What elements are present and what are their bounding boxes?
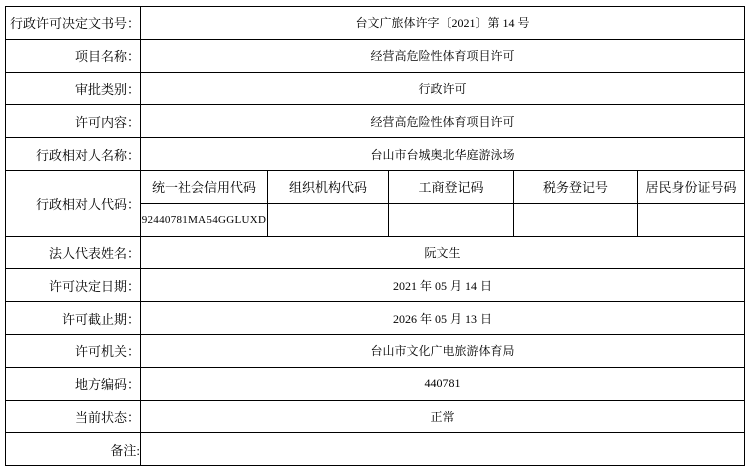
row-legal-representative: 法人代表姓名： 阮文生: [6, 236, 745, 269]
id-number-value: [638, 203, 745, 236]
row-local-code: 地方编码： 440781: [6, 367, 745, 400]
org-code-header: 组织机构代码: [268, 170, 389, 203]
credit-code-header: 统一社会信用代码: [141, 170, 268, 203]
current-status-value: 正常: [141, 400, 745, 433]
credit-code-value: 92440781MA54GGLUXD: [141, 203, 268, 236]
row-decision-date: 许可决定日期： 2021 年 05 月 14 日: [6, 269, 745, 302]
row-approval-category: 审批类别： 行政许可: [6, 72, 745, 105]
license-content-value: 经营高危险性体育项目许可: [141, 105, 745, 138]
current-status-label: 当前状态：: [6, 400, 141, 433]
id-number-header: 居民身份证号码: [638, 170, 745, 203]
licensing-authority-value: 台山市文化广电旅游体育局: [141, 334, 745, 367]
document-number-value: 台文广旅体许字〔2021〕第 14 号: [141, 7, 745, 40]
counterpart-name-label: 行政相对人名称：: [6, 138, 141, 171]
document-number-label: 行政许可决定文书号：: [6, 7, 141, 40]
decision-date-label: 许可决定日期：: [6, 269, 141, 302]
row-current-status: 当前状态： 正常: [6, 400, 745, 433]
local-code-label: 地方编码：: [6, 367, 141, 400]
approval-category-label: 审批类别：: [6, 72, 141, 105]
row-counterpart-name: 行政相对人名称： 台山市台城奥北华庭游泳场: [6, 138, 745, 171]
remarks-label: 备注:: [6, 433, 141, 466]
project-name-label: 项目名称：: [6, 39, 141, 72]
tax-reg-value: [514, 203, 638, 236]
decision-date-value: 2021 年 05 月 14 日: [141, 269, 745, 302]
row-counterpart-code-headers: 行政相对人代码： 统一社会信用代码 组织机构代码 工商登记码 税务登记号 居民身…: [6, 170, 745, 203]
legal-representative-value: 阮文生: [141, 236, 745, 269]
local-code-value: 440781: [141, 367, 745, 400]
expiry-date-label: 许可截止期：: [6, 302, 141, 335]
legal-representative-label: 法人代表姓名：: [6, 236, 141, 269]
business-reg-header: 工商登记码: [389, 170, 514, 203]
counterpart-code-label: 行政相对人代码：: [6, 170, 141, 236]
row-remarks: 备注:: [6, 433, 745, 466]
business-reg-value: [389, 203, 514, 236]
license-content-label: 许可内容：: [6, 105, 141, 138]
row-license-content: 许可内容： 经营高危险性体育项目许可: [6, 105, 745, 138]
row-licensing-authority: 许可机关： 台山市文化广电旅游体育局: [6, 334, 745, 367]
approval-category-value: 行政许可: [141, 72, 745, 105]
tax-reg-header: 税务登记号: [514, 170, 638, 203]
counterpart-name-value: 台山市台城奥北华庭游泳场: [141, 138, 745, 171]
expiry-date-value: 2026 年 05 月 13 日: [141, 302, 745, 335]
license-record-table: 行政许可决定文书号： 台文广旅体许字〔2021〕第 14 号 项目名称： 经营高…: [5, 6, 745, 466]
remarks-value: [141, 433, 745, 466]
org-code-value: [268, 203, 389, 236]
licensing-authority-label: 许可机关：: [6, 334, 141, 367]
row-project-name: 项目名称： 经营高危险性体育项目许可: [6, 39, 745, 72]
project-name-value: 经营高危险性体育项目许可: [141, 39, 745, 72]
row-expiry-date: 许可截止期： 2026 年 05 月 13 日: [6, 302, 745, 335]
row-document-number: 行政许可决定文书号： 台文广旅体许字〔2021〕第 14 号: [6, 7, 745, 40]
